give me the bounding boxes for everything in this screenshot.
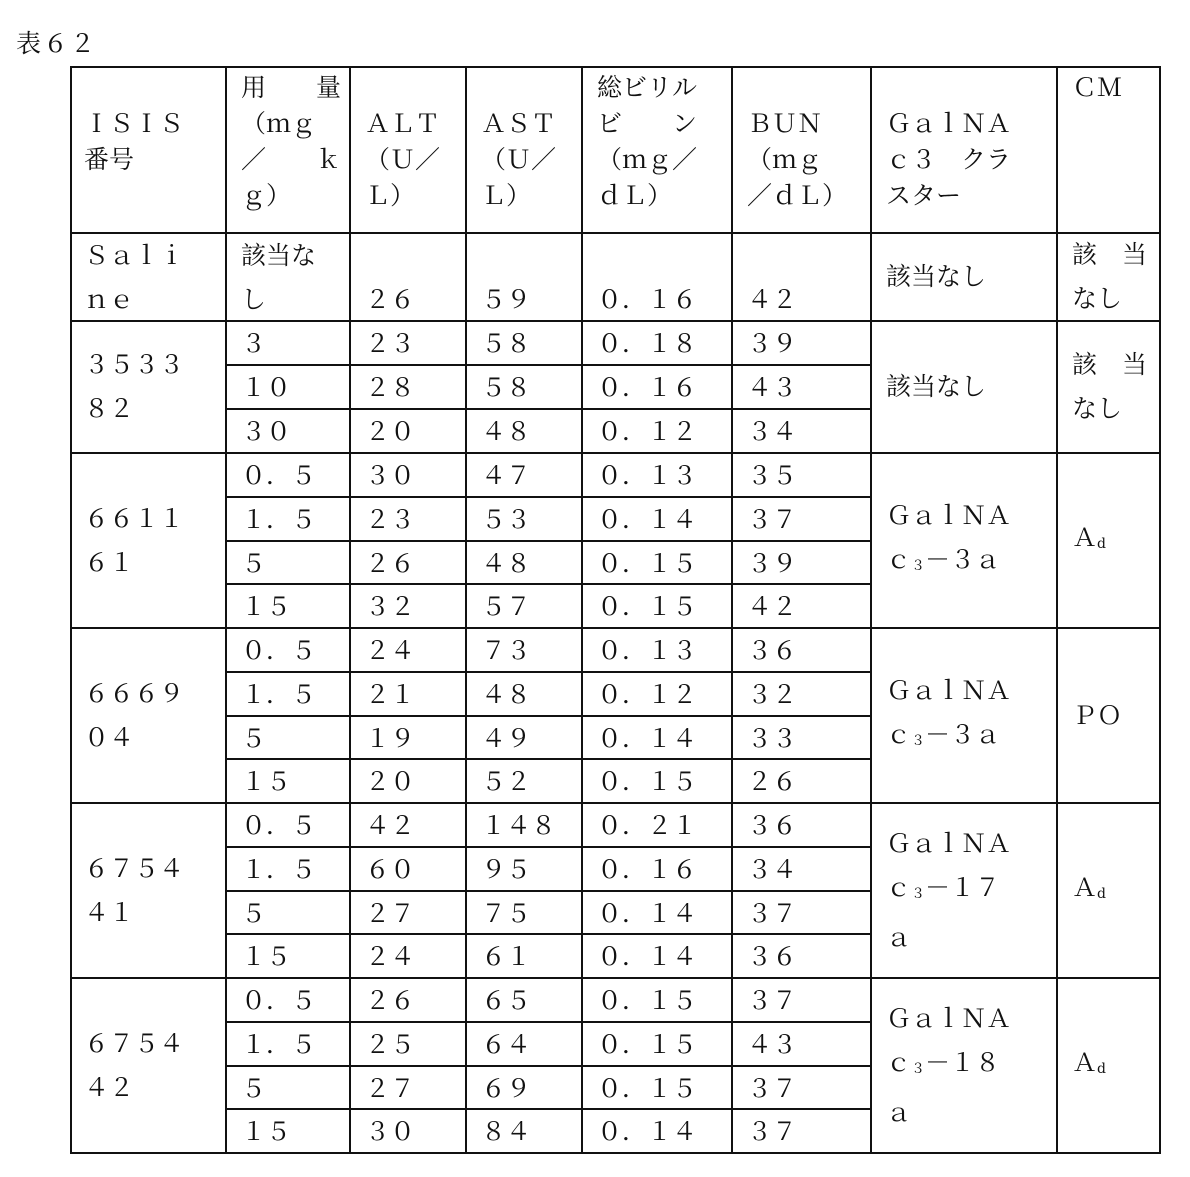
cell-line: 該 当 xyxy=(1072,233,1147,277)
ast-cell: ４９ xyxy=(467,717,583,760)
tbil-cell: ０．１４ xyxy=(583,498,733,542)
cell-line xyxy=(597,234,731,278)
dose-cell: １５ xyxy=(227,935,351,979)
dose-cell: ５ xyxy=(227,1067,351,1110)
cell-line: ２０ xyxy=(365,410,465,454)
cell-line: 該当なし xyxy=(886,255,986,299)
tbil-cell: ０．１３ xyxy=(583,454,733,498)
cell-line: １０ xyxy=(241,366,349,410)
dose-cell: １５ xyxy=(227,760,351,804)
isis-number-cell: ６７５４４２ xyxy=(70,979,227,1154)
column-header-dose: 用 量（ｍｇ／ ｋｇ） xyxy=(227,66,351,234)
cell-line: ５ xyxy=(241,1067,349,1111)
cell-line: ／ ｋ xyxy=(241,142,349,178)
cm-cell: ＰＯ xyxy=(1058,629,1161,804)
alt-cell: ２４ xyxy=(351,935,467,979)
column-header-galnac: ＧａｌＮＡｃ３ クラスター xyxy=(872,66,1058,234)
cell-line: １９ xyxy=(365,717,465,761)
alt-cell: ２０ xyxy=(351,410,467,454)
dose-cell: １．５ xyxy=(227,498,351,542)
cell-line: ４７ xyxy=(481,454,581,498)
cell-line: （ｍｇ／ xyxy=(597,142,731,178)
cell-line: １４８ xyxy=(481,804,581,848)
column-header-bun: ＢＵＮ（ｍｇ／ｄＬ） xyxy=(733,66,872,234)
cell-line: １．５ xyxy=(241,848,349,892)
cell-line: ６４ xyxy=(481,1023,581,1067)
cell-line: ０．１２ xyxy=(597,673,731,717)
bun-cell: ３９ xyxy=(733,322,872,366)
cell-line: なし xyxy=(1072,277,1147,321)
cell-line: ４８ xyxy=(481,673,581,717)
cell-line: Ａd xyxy=(1072,523,1106,552)
alt-cell: ２７ xyxy=(351,892,467,935)
cell-line: ３０ xyxy=(241,410,349,454)
ast-cell: ４８ xyxy=(467,673,583,717)
cell-line: ３６ xyxy=(747,804,870,848)
bun-cell: ３７ xyxy=(733,498,872,542)
cell-line: スター xyxy=(886,178,1056,214)
dose-cell: ０．５ xyxy=(227,979,351,1023)
ast-cell: ４８ xyxy=(467,410,583,454)
dose-cell: １０ xyxy=(227,366,351,410)
cell-line: ｃ３－３ａ xyxy=(886,713,1011,763)
alt-cell: ２５ xyxy=(351,1023,467,1067)
galnac-cluster-cell: ＧａｌＮＡｃ３－１８ａ xyxy=(872,979,1058,1154)
cell-line: ４２ xyxy=(365,804,465,848)
dose-cell: ３ xyxy=(227,322,351,366)
cell-line: ４９ xyxy=(481,717,581,761)
cell-line: ３３ xyxy=(747,717,870,761)
cell-line: ６６１１ xyxy=(84,497,184,541)
bun-cell: ４３ xyxy=(733,1023,872,1067)
cell-line: ０．５ xyxy=(241,979,349,1023)
cell-line: ０．１５ xyxy=(597,1023,731,1067)
bun-cell: ３３ xyxy=(733,717,872,760)
cell-line xyxy=(481,234,581,278)
alt-cell: ３０ xyxy=(351,1110,467,1154)
cell-line: ａ xyxy=(886,916,1011,960)
cell-line: ３７ xyxy=(747,892,870,936)
galnac-cluster-cell: ＧａｌＮＡｃ３－１７ａ xyxy=(872,804,1058,979)
cell-line: １．５ xyxy=(241,498,349,542)
cell-line: ０．１８ xyxy=(597,322,731,366)
dose-cell: ０．５ xyxy=(227,454,351,498)
cell-line: Ｓａｌｉ xyxy=(84,234,225,278)
bun-cell: ３５ xyxy=(733,454,872,498)
cell-line: ４３ xyxy=(747,1023,870,1067)
cell-line: ３０ xyxy=(365,454,465,498)
cell-line: ２１ xyxy=(365,673,465,717)
cell-line: ４８ xyxy=(481,410,581,454)
cell-line: ３７ xyxy=(747,498,870,542)
table-caption: 表６２ xyxy=(16,24,97,60)
cell-line: ＣＭ xyxy=(1072,70,1161,106)
cm-cell: Ａd xyxy=(1058,979,1161,1154)
cell-line: ２７ xyxy=(365,892,465,936)
tbil-cell: ０．１６ xyxy=(583,366,733,410)
ast-cell: ９５ xyxy=(467,848,583,892)
alt-cell: ２８ xyxy=(351,366,467,410)
cell-line: ＡＳＴ xyxy=(481,106,581,142)
cell-line: ０．１４ xyxy=(597,717,731,761)
cell-line: Ａd xyxy=(1072,1048,1106,1077)
cell-line: ０．１３ xyxy=(597,454,731,498)
cell-line: ０．１６ xyxy=(597,366,731,410)
cell-line: ０４ xyxy=(84,716,184,760)
tbil-cell: ０．２１ xyxy=(583,804,733,848)
isis-number-cell: Ｓａｌｉｎｅ xyxy=(70,234,227,322)
ast-cell: ６４ xyxy=(467,1023,583,1067)
cell-line: なし xyxy=(1072,387,1147,431)
cm-cell: 該 当なし xyxy=(1058,322,1161,454)
bun-cell: ３７ xyxy=(733,1110,872,1154)
cell-line: １．５ xyxy=(241,673,349,717)
column-header-tbil: 総ビリルビ ン（ｍｇ／ｄＬ） xyxy=(583,66,733,234)
cell-line: ５ xyxy=(241,542,349,586)
cell-line: ６０ xyxy=(365,848,465,892)
cell-line: ４１ xyxy=(84,891,184,935)
cell-line: ３２ xyxy=(747,673,870,717)
alt-cell: ２０ xyxy=(351,760,467,804)
cell-line: ０．１２ xyxy=(597,410,731,454)
ast-cell: ５８ xyxy=(467,366,583,410)
tbil-cell: ０．１３ xyxy=(583,629,733,673)
cell-line: ３ xyxy=(241,322,349,366)
ast-cell: ５７ xyxy=(467,585,583,629)
cell-line: ｄＬ） xyxy=(597,178,731,214)
alt-cell: ３０ xyxy=(351,454,467,498)
cell-line: ＢＵＮ xyxy=(747,106,870,142)
cell-line: ０．５ xyxy=(241,454,349,498)
cell-line: ２４ xyxy=(365,629,465,673)
bun-cell: ３６ xyxy=(733,629,872,673)
ast-cell: ７５ xyxy=(467,892,583,935)
alt-cell: ２１ xyxy=(351,673,467,717)
cell-line: ２３ xyxy=(365,498,465,542)
column-header-alt: ＡＬＴ（Ｕ／Ｌ） xyxy=(351,66,467,234)
tbil-cell: ０．１５ xyxy=(583,585,733,629)
alt-cell: ２６ xyxy=(351,234,467,322)
cell-line: ０．５ xyxy=(241,804,349,848)
cell-line: ０．１４ xyxy=(597,935,731,979)
cell-line: ６５ xyxy=(481,979,581,1023)
tbil-cell: ０．１４ xyxy=(583,935,733,979)
dose-cell: ５ xyxy=(227,892,351,935)
dose-cell: １５ xyxy=(227,1110,351,1154)
galnac-cluster-cell: 該当なし xyxy=(872,234,1058,322)
bun-cell: ３７ xyxy=(733,979,872,1023)
bun-cell: ２６ xyxy=(733,760,872,804)
cell-line: ｃ３－１８ xyxy=(886,1041,1011,1091)
cell-line: １．５ xyxy=(241,1023,349,1067)
cell-line: ４８ xyxy=(481,542,581,586)
cell-line: ４３ xyxy=(747,366,870,410)
tbil-cell: ０．１４ xyxy=(583,717,733,760)
cell-line: （Ｕ／ xyxy=(365,142,465,178)
dose-cell: １．５ xyxy=(227,1023,351,1067)
tbil-cell: ０．１８ xyxy=(583,322,733,366)
bun-cell: ３９ xyxy=(733,542,872,585)
dose-cell: １．５ xyxy=(227,673,351,717)
cell-line: ９５ xyxy=(481,848,581,892)
cm-cell: 該 当なし xyxy=(1058,234,1161,322)
cell-line: 総ビリル xyxy=(597,70,731,106)
cell-line: ０．１３ xyxy=(597,629,731,673)
cell-line: １５ xyxy=(241,1110,349,1154)
cell-line: ６６６９ xyxy=(84,672,184,716)
cell-line: ａ xyxy=(886,1091,1011,1135)
cell-line: ＰＯ xyxy=(1072,694,1122,738)
cell-line: Ａd xyxy=(1072,873,1106,902)
alt-cell: ２７ xyxy=(351,1067,467,1110)
tbil-cell: ０．１５ xyxy=(583,760,733,804)
cell-line: ５７ xyxy=(481,585,581,629)
cell-line: （ｍｇ xyxy=(747,142,870,178)
isis-number-cell: ３５３３８２ xyxy=(70,322,227,454)
cell-line: ３７ xyxy=(747,1067,870,1111)
bun-cell: ４２ xyxy=(733,585,872,629)
column-header-isis: ＩＳＩＳ番号 xyxy=(70,66,227,234)
cell-line: ２６ xyxy=(365,278,465,322)
cell-line: ６７５４ xyxy=(84,847,184,891)
dose-cell: １５ xyxy=(227,585,351,629)
cell-line: ５ xyxy=(241,717,349,761)
ast-cell: ５３ xyxy=(467,498,583,542)
cell-line: ４２ xyxy=(747,278,870,322)
cell-line: ２８ xyxy=(365,366,465,410)
cell-line xyxy=(481,70,581,106)
cell-line: ｃ３－１７ xyxy=(886,866,1011,916)
dose-cell: １．５ xyxy=(227,848,351,892)
cell-line: ０．５ xyxy=(241,629,349,673)
cell-line xyxy=(747,234,870,278)
cell-line: ０．１５ xyxy=(597,979,731,1023)
cell-line: Ｌ） xyxy=(365,178,465,214)
cell-line: １５ xyxy=(241,585,349,629)
cell-line: ３７ xyxy=(747,979,870,1023)
alt-cell: ６０ xyxy=(351,848,467,892)
ast-cell: ５２ xyxy=(467,760,583,804)
cell-line xyxy=(365,70,465,106)
cell-line: ０．１５ xyxy=(597,585,731,629)
cell-line: 番号 xyxy=(84,142,225,178)
cell-line: ＧａｌＮＡ xyxy=(886,669,1011,713)
bun-cell: ３６ xyxy=(733,935,872,979)
cell-line: ７５ xyxy=(481,892,581,936)
dose-cell: ３０ xyxy=(227,410,351,454)
tbil-cell: ０．１５ xyxy=(583,979,733,1023)
cell-line xyxy=(886,70,1056,106)
cell-line: ３４ xyxy=(747,848,870,892)
cell-line: 該当なし xyxy=(886,365,986,409)
cell-line: ０．１５ xyxy=(597,542,731,586)
cell-line: ｎｅ xyxy=(84,278,225,322)
ast-cell: １４８ xyxy=(467,804,583,848)
cell-line: ２６ xyxy=(365,542,465,586)
tbil-cell: ０．１４ xyxy=(583,892,733,935)
cell-line: ０．１４ xyxy=(597,498,731,542)
cell-line: ビ ン xyxy=(597,106,731,142)
cell-line: 該当な xyxy=(241,234,349,278)
column-header-cm: ＣＭ xyxy=(1058,66,1161,234)
bun-cell: ３６ xyxy=(733,804,872,848)
cell-line: ０．２１ xyxy=(597,804,731,848)
ast-cell: ６５ xyxy=(467,979,583,1023)
cell-line: ３５３３ xyxy=(84,343,184,387)
cell-line: ０．１４ xyxy=(597,1110,731,1154)
data-table: ＩＳＩＳ番号用 量（ｍｇ／ ｋｇ） ＡＬＴ（Ｕ／Ｌ） ＡＳＴ（Ｕ／Ｌ）総ビリルビ… xyxy=(70,66,1161,1154)
tbil-cell: ０．１４ xyxy=(583,1110,733,1154)
cell-line: ５９ xyxy=(481,278,581,322)
ast-cell: ５８ xyxy=(467,322,583,366)
cell-line: ０．１５ xyxy=(597,760,731,804)
isis-number-cell: ６７５４４１ xyxy=(70,804,227,979)
alt-cell: ３２ xyxy=(351,585,467,629)
column-header-ast: ＡＳＴ（Ｕ／Ｌ） xyxy=(467,66,583,234)
dose-cell: ０．５ xyxy=(227,629,351,673)
bun-cell: ４３ xyxy=(733,366,872,410)
cell-line: ３９ xyxy=(747,542,870,586)
cell-line: ０．１６ xyxy=(597,848,731,892)
cell-line: ｃ３－３ａ xyxy=(886,538,1011,588)
alt-cell: ２３ xyxy=(351,322,467,366)
ast-cell: ５９ xyxy=(467,234,583,322)
cell-line: ＧａｌＮＡ xyxy=(886,997,1011,1041)
dose-cell: ０．５ xyxy=(227,804,351,848)
tbil-cell: ０．１５ xyxy=(583,1067,733,1110)
tbil-cell: ０．１６ xyxy=(583,848,733,892)
bun-cell: ３７ xyxy=(733,892,872,935)
cm-cell: Ａd xyxy=(1058,454,1161,629)
cell-line: ＧａｌＮＡ xyxy=(886,822,1011,866)
cell-line: ２３ xyxy=(365,322,465,366)
cell-line: １５ xyxy=(241,760,349,804)
cell-line: ３７ xyxy=(747,1110,870,1154)
cell-line: ６１ xyxy=(84,541,184,585)
tbil-cell: ０．１２ xyxy=(583,410,733,454)
alt-cell: ２４ xyxy=(351,629,467,673)
cell-line: （ｍｇ xyxy=(241,106,349,142)
tbil-cell: ０．１２ xyxy=(583,673,733,717)
galnac-cluster-cell: ＧａｌＮＡｃ３－３ａ xyxy=(872,629,1058,804)
cell-line: ８４ xyxy=(481,1110,581,1154)
alt-cell: １９ xyxy=(351,717,467,760)
cell-line: ３６ xyxy=(747,629,870,673)
cell-line: ５２ xyxy=(481,760,581,804)
cell-line: （Ｕ／ xyxy=(481,142,581,178)
cell-line: ＧａｌＮＡ xyxy=(886,494,1011,538)
cell-line xyxy=(84,70,225,106)
ast-cell: ６９ xyxy=(467,1067,583,1110)
cell-line: ３０ xyxy=(365,1110,465,1154)
cell-line: ８２ xyxy=(84,387,184,431)
cell-line: ２６ xyxy=(365,979,465,1023)
bun-cell: ３７ xyxy=(733,1067,872,1110)
tbil-cell: ０．１５ xyxy=(583,542,733,585)
cell-line: し xyxy=(241,278,349,322)
cell-line: ３６ xyxy=(747,935,870,979)
isis-number-cell: ６６６９０４ xyxy=(70,629,227,804)
bun-cell: ３４ xyxy=(733,848,872,892)
cm-cell: Ａd xyxy=(1058,804,1161,979)
cell-line: ３４ xyxy=(747,410,870,454)
cell-line: ２４ xyxy=(365,935,465,979)
cell-line: ５ xyxy=(241,892,349,936)
ast-cell: ６１ xyxy=(467,935,583,979)
cell-line: ４２ xyxy=(747,585,870,629)
dose-cell: 該当なし xyxy=(227,234,351,322)
cell-line: ４２ xyxy=(84,1066,184,1110)
dose-cell: ５ xyxy=(227,717,351,760)
cell-line xyxy=(365,234,465,278)
cell-line: ２０ xyxy=(365,760,465,804)
alt-cell: ２３ xyxy=(351,498,467,542)
tbil-cell: ０．１５ xyxy=(583,1023,733,1067)
cell-line: ２５ xyxy=(365,1023,465,1067)
ast-cell: ４８ xyxy=(467,542,583,585)
cell-line: ｃ３ クラ xyxy=(886,142,1056,178)
cell-line: １５ xyxy=(241,935,349,979)
ast-cell: ７３ xyxy=(467,629,583,673)
alt-cell: ２６ xyxy=(351,542,467,585)
cell-line: 用 量 xyxy=(241,70,349,106)
cell-line: ０．１６ xyxy=(597,278,731,322)
cell-line: 該 当 xyxy=(1072,343,1147,387)
galnac-cluster-cell: ＧａｌＮＡｃ３－３ａ xyxy=(872,454,1058,629)
cell-line: ６７５４ xyxy=(84,1022,184,1066)
cell-line: ＩＳＩＳ xyxy=(84,106,225,142)
cell-line: ５３ xyxy=(481,498,581,542)
cell-line xyxy=(747,70,870,106)
cell-line: ／ｄＬ） xyxy=(747,178,870,214)
alt-cell: ４２ xyxy=(351,804,467,848)
cell-line: ０．１４ xyxy=(597,892,731,936)
cell-line: ５８ xyxy=(481,322,581,366)
cell-line: ｇ） xyxy=(241,178,349,214)
cell-line: ＧａｌＮＡ xyxy=(886,106,1056,142)
galnac-cluster-cell: 該当なし xyxy=(872,322,1058,454)
cell-line: ３２ xyxy=(365,585,465,629)
cell-line: ０．１５ xyxy=(597,1067,731,1111)
cell-line: ６１ xyxy=(481,935,581,979)
ast-cell: ４７ xyxy=(467,454,583,498)
cell-line: ７３ xyxy=(481,629,581,673)
bun-cell: ３２ xyxy=(733,673,872,717)
cell-line: ２６ xyxy=(747,760,870,804)
cell-line: ５８ xyxy=(481,366,581,410)
dose-cell: ５ xyxy=(227,542,351,585)
bun-cell: ３４ xyxy=(733,410,872,454)
ast-cell: ８４ xyxy=(467,1110,583,1154)
bun-cell: ４２ xyxy=(733,234,872,322)
alt-cell: ２６ xyxy=(351,979,467,1023)
cell-line: ＡＬＴ xyxy=(365,106,465,142)
tbil-cell: ０．１６ xyxy=(583,234,733,322)
cell-line: ６９ xyxy=(481,1067,581,1111)
isis-number-cell: ６６１１６１ xyxy=(70,454,227,629)
cell-line: ３９ xyxy=(747,322,870,366)
cell-line: ２７ xyxy=(365,1067,465,1111)
cell-line: Ｌ） xyxy=(481,178,581,214)
cell-line: ３５ xyxy=(747,454,870,498)
